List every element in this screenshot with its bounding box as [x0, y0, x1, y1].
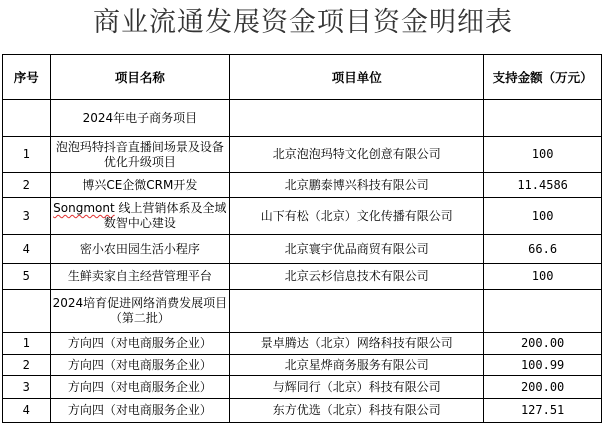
- project-name: Songmont 线上营销体系及全域数智中心建设: [50, 198, 230, 235]
- empty-cell: [230, 290, 484, 333]
- section-index-cell: [3, 290, 51, 333]
- project-name: 方向四（对电商服务企业）: [50, 355, 230, 376]
- table-row: 3 Songmont 线上营销体系及全域数智中心建设 山下有松（北京）文化传播有…: [3, 198, 602, 235]
- project-name: 密小农田园生活小程序: [50, 235, 230, 264]
- amount: 127.51: [484, 399, 602, 423]
- header-project-unit: 项目单位: [230, 55, 484, 100]
- header-row: 序号 项目名称 项目单位 支持金额（万元）: [3, 55, 602, 100]
- table-row: 1 方向四（对电商服务企业） 景卓腾达（北京）网络科技有限公司 200.00: [3, 333, 602, 355]
- row-index: 2: [3, 173, 51, 198]
- header-project-name: 项目名称: [50, 55, 230, 100]
- section-heading-row: 2024年电子商务项目: [3, 100, 602, 137]
- table-row: 2 博兴CE企微CRM开发 北京鹏泰博兴科技有限公司 11.4586: [3, 173, 602, 198]
- row-index: 4: [3, 235, 51, 264]
- project-unit: 北京鹏泰博兴科技有限公司: [230, 173, 484, 198]
- project-name: 生鲜卖家自主经营管理平台: [50, 264, 230, 290]
- row-index: 3: [3, 376, 51, 399]
- project-unit: 景卓腾达（北京）网络科技有限公司: [230, 333, 484, 355]
- empty-cell: [230, 100, 484, 137]
- header-index: 序号: [3, 55, 51, 100]
- table-row: 5 生鲜卖家自主经营管理平台 北京云杉信息技术有限公司 100: [3, 264, 602, 290]
- row-index: 5: [3, 264, 51, 290]
- amount: 200.00: [484, 376, 602, 399]
- project-name: 方向四（对电商服务企业）: [50, 399, 230, 423]
- section-heading: 2024年电子商务项目: [50, 100, 230, 137]
- table-row: 1 泡泡玛特抖音直播间场景及设备优化升级项目 北京泡泡玛特文化创意有限公司 10…: [3, 137, 602, 173]
- section-heading: 2024培育促进网络消费发展项目（第二批）: [50, 290, 230, 333]
- row-index: 3: [3, 198, 51, 235]
- project-name: 方向四（对电商服务企业）: [50, 376, 230, 399]
- empty-cell: [484, 290, 602, 333]
- header-amount: 支持金额（万元）: [484, 55, 602, 100]
- section-index-cell: [3, 100, 51, 137]
- table-row: 3 方向四（对电商服务企业） 与辉同行（北京）科技有限公司 200.00: [3, 376, 602, 399]
- amount: 100.99: [484, 355, 602, 376]
- funding-table: 序号 项目名称 项目单位 支持金额（万元） 2024年电子商务项目 1 泡泡玛特…: [2, 54, 602, 423]
- spellcheck-flagged-word: Songmont: [53, 201, 115, 215]
- project-name: 方向四（对电商服务企业）: [50, 333, 230, 355]
- project-unit: 与辉同行（北京）科技有限公司: [230, 376, 484, 399]
- project-unit: 北京云杉信息技术有限公司: [230, 264, 484, 290]
- project-unit: 北京寰宇优品商贸有限公司: [230, 235, 484, 264]
- amount: 100: [484, 137, 602, 173]
- project-name: 泡泡玛特抖音直播间场景及设备优化升级项目: [50, 137, 230, 173]
- project-name: 博兴CE企微CRM开发: [50, 173, 230, 198]
- project-unit: 东方优选（北京）科技有限公司: [230, 399, 484, 423]
- table-row: 4 方向四（对电商服务企业） 东方优选（北京）科技有限公司 127.51: [3, 399, 602, 423]
- row-index: 1: [3, 137, 51, 173]
- section-heading-row: 2024培育促进网络消费发展项目（第二批）: [3, 290, 602, 333]
- row-index: 4: [3, 399, 51, 423]
- amount: 100: [484, 198, 602, 235]
- row-index: 2: [3, 355, 51, 376]
- amount: 200.00: [484, 333, 602, 355]
- amount: 100: [484, 264, 602, 290]
- project-name-text: 线上营销体系及全域数智中心建设: [104, 201, 227, 230]
- project-unit: 山下有松（北京）文化传播有限公司: [230, 198, 484, 235]
- project-unit: 北京泡泡玛特文化创意有限公司: [230, 137, 484, 173]
- table-row: 4 密小农田园生活小程序 北京寰宇优品商贸有限公司 66.6: [3, 235, 602, 264]
- amount: 66.6: [484, 235, 602, 264]
- page-title: 商业流通发展资金项目资金明细表: [0, 6, 606, 40]
- amount: 11.4586: [484, 173, 602, 198]
- project-unit: 北京星烨商务服务有限公司: [230, 355, 484, 376]
- row-index: 1: [3, 333, 51, 355]
- empty-cell: [484, 100, 602, 137]
- table-row: 2 方向四（对电商服务企业） 北京星烨商务服务有限公司 100.99: [3, 355, 602, 376]
